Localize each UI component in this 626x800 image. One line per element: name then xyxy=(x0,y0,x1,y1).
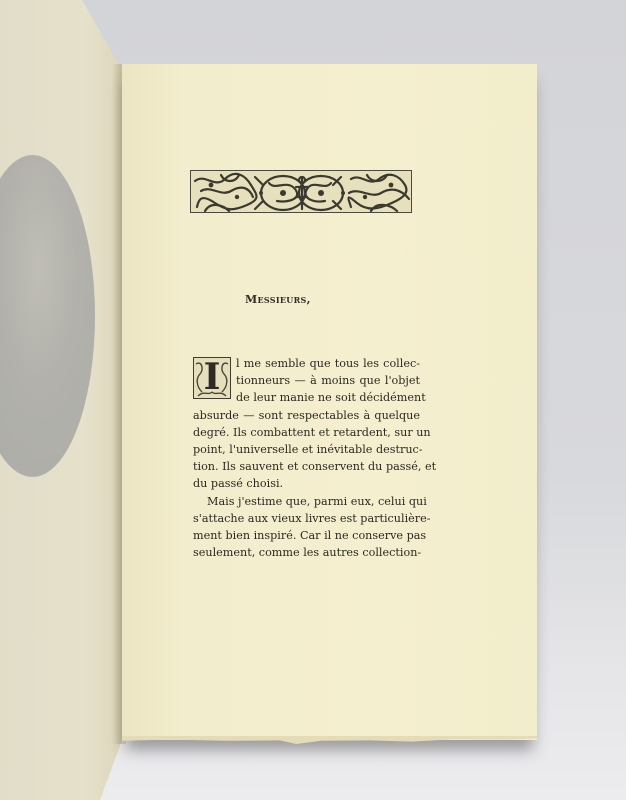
paragraph-1: I l me semble que tous les collec- tionn… xyxy=(193,355,420,493)
dropcap-letter: I xyxy=(194,358,230,398)
text-line: point, l'universelle et inévitable destr… xyxy=(193,441,420,458)
paragraph-2: Mais j'estime que, parmi eux, celui qui … xyxy=(193,493,420,562)
text-line: absurde — sont respectables à quelque xyxy=(193,407,420,424)
ornamental-headpiece xyxy=(190,170,412,213)
body-text: I l me semble que tous les collec- tionn… xyxy=(193,355,420,561)
flyleaf-page xyxy=(0,0,122,800)
text-line: Mais j'estime que, parmi eux, celui qui xyxy=(193,493,420,510)
portrait-showthrough xyxy=(0,155,95,477)
ornamental-dropcap: I xyxy=(193,357,231,399)
text-line: tion. Ils sauvent et conservent du passé… xyxy=(193,458,420,475)
text-line: du passé choisi. xyxy=(193,475,420,492)
deckle-edge xyxy=(122,736,537,744)
text-line: degré. Ils combattent et retardent, sur … xyxy=(193,424,420,441)
text-line: ment bien inspiré. Car il ne conserve pa… xyxy=(193,527,420,544)
foliage-ornament-icon xyxy=(191,171,412,213)
text-line: s'attache aux vieux livres est particuli… xyxy=(193,510,420,527)
text-line: seulement, comme les autres collection- xyxy=(193,544,420,561)
salutation: Messieurs, xyxy=(245,293,311,306)
